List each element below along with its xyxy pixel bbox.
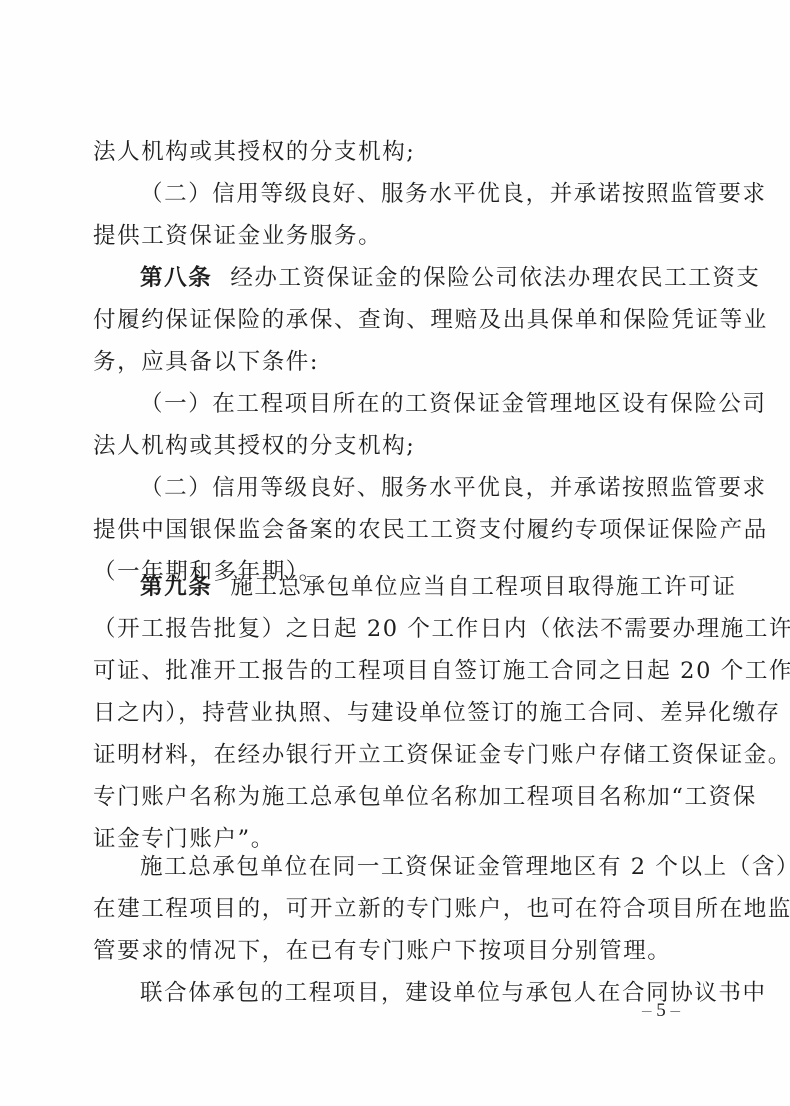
text-line: 务，应具备以下条件: [93, 347, 707, 377]
page-number-dash: – [642, 1000, 652, 1021]
text-line: 付履约保证保险的承保、查询、理赔及出具保单和保险凭证等业 [93, 305, 707, 335]
text-line: （二）信用等级良好、服务水平优良，并承诺按照监管要求 [140, 473, 707, 503]
text-line: 法人机构或其授权的分支机构; [93, 431, 707, 461]
document-page: 法人机构或其授权的分支机构; （二）信用等级良好、服务水平优良，并承诺按照监管要… [0, 0, 790, 1106]
text-line: 可证、批准开工报告的工程项目自签订施工合同之日起 20 个工作 [93, 656, 707, 686]
text-line: 证金专门账户”。 [93, 824, 707, 854]
page-number-dash: – [671, 1000, 681, 1021]
article-heading: 第九条 [140, 574, 212, 600]
text-line: 专门账户名称为施工总承包单位名称加工程项目名称加“工资保 [93, 782, 707, 812]
text-line: 提供中国银保监会备案的农民工工资支付履约专项保证保险产品 [93, 515, 707, 545]
text-line: 提供工资保证金业务服务。 [93, 221, 707, 251]
text-line: 联合体承包的工程项目，建设单位与承包人在合同协议书中 [140, 978, 707, 1008]
text-span: 经办工资保证金的保险公司依法办理农民工工资支 [230, 265, 760, 291]
text-line: 法人机构或其授权的分支机构; [93, 137, 707, 167]
text-line: （二）信用等级良好、服务水平优良，并承诺按照监管要求 [140, 179, 707, 209]
text-line: 在建工程项目的，可开立新的专门账户，也可在符合项目所在地监 [93, 894, 707, 924]
text-line: 证明材料，在经办银行开立工资保证金专门账户存储工资保证金。 [93, 740, 707, 770]
text-line: 日之内），持营业执照、与建设单位签订的施工合同、差异化缴存 [93, 698, 707, 728]
text-line: 管要求的情况下，在已有专门账户下按项目分别管理。 [93, 936, 707, 966]
article-heading: 第八条 [140, 265, 212, 291]
article-9-line: 第九条施工总承包单位应当自工程项目取得施工许可证 [140, 572, 707, 602]
text-line: 施工总承包单位在同一工资保证金管理地区有 2 个以上（含） [140, 852, 707, 882]
page-number-value: 5 [656, 1000, 666, 1021]
page-number: – 5 – [642, 1000, 680, 1022]
text-line: （开工报告批复）之日起 20 个工作日内（依法不需要办理施工许 [93, 614, 707, 644]
article-8-line: 第八条经办工资保证金的保险公司依法办理农民工工资支 [140, 263, 707, 293]
text-line: （一）在工程项目所在的工资保证金管理地区设有保险公司 [140, 389, 707, 419]
text-span: 施工总承包单位应当自工程项目取得施工许可证 [230, 574, 736, 600]
